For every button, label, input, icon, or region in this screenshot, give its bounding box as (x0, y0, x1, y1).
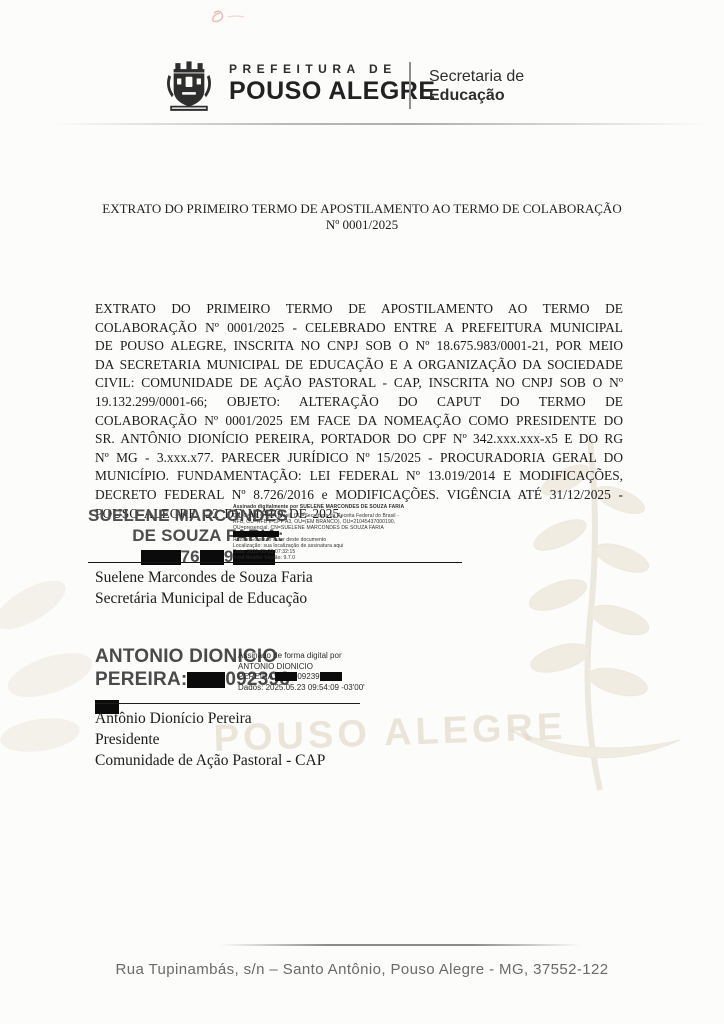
footer-address: Rua Tupinambás, s/n – Santo Antônio, Pou… (0, 961, 724, 978)
cert-line3-digits: 09239 (297, 672, 319, 681)
signature2-org: Comunidade de Ação Pastoral - CAP (95, 750, 325, 771)
document-title: EXTRATO DO PRIMEIRO TERMO DE APOSTILAMEN… (0, 201, 724, 233)
redaction-box (233, 531, 279, 537)
redaction-box (320, 672, 342, 681)
signature1-certificate-details: Assinado digitalmente por SUELENE MARCON… (233, 504, 465, 561)
cert-line: Assinado de forma digital por (238, 651, 463, 662)
pink-stamp-mark (200, 5, 260, 35)
scanned-document-page: POUSO ALEGRE PREFEITURA DE (0, 0, 724, 1024)
cert-line: Foxit Reader Versão: 9.7.0 (233, 555, 465, 561)
city-crest-logo-icon (163, 58, 215, 116)
department-line2: Educação (429, 86, 524, 105)
signature1-role: Secretária Municipal de Educação (95, 588, 313, 609)
letterhead: PREFEITURA DE POUSO ALEGRE (163, 56, 436, 116)
cert-line3-prefix: PEREIRA: (238, 672, 275, 681)
brand-main-line: POUSO ALEGRE (229, 77, 436, 106)
signature1-rule (88, 562, 462, 563)
signature2-stamp-prefix: PEREIRA: (95, 669, 187, 690)
footer-rule (220, 944, 580, 946)
signature2-name: Antônio Dionício Pereira (95, 708, 325, 729)
header-divider (409, 62, 411, 109)
signature2-certificate-details: Assinado de forma digital por ANTONIO DI… (238, 651, 463, 693)
cert-line: Dados: 2025.05.23 09:54:09 -03'00' (238, 683, 463, 694)
document-title-line2: Nº 0001/2025 (0, 217, 724, 233)
signature2-role: Presidente (95, 729, 325, 750)
scan-fold-line (55, 123, 705, 125)
brand-text: PREFEITURA DE POUSO ALEGRE (229, 62, 436, 106)
cert-line: ANTONIO DIONICIO (238, 662, 463, 673)
redaction-box (187, 672, 225, 688)
redaction-box (275, 672, 297, 681)
signature1-name: Suelene Marcondes de Souza Faria (95, 567, 313, 588)
signature2-typed-name-block: Antônio Dionício Pereira Presidente Comu… (95, 708, 325, 771)
signature1-typed-name-block: Suelene Marcondes de Souza Faria Secretá… (95, 567, 313, 609)
document-title-line1: EXTRATO DO PRIMEIRO TERMO DE APOSTILAMEN… (0, 201, 724, 217)
signature2-rule (95, 703, 360, 704)
signature1-digits-part1: 76 (181, 547, 200, 566)
brand-top-line: PREFEITURA DE (229, 62, 436, 76)
department-line1: Secretaria de (429, 67, 524, 86)
document-body-paragraph: EXTRATO DO PRIMEIRO TERMO DE APOSTILAMEN… (95, 300, 623, 523)
cert-line: PEREIRA:09239 (238, 672, 463, 683)
department-name: Secretaria de Educação (429, 67, 524, 105)
